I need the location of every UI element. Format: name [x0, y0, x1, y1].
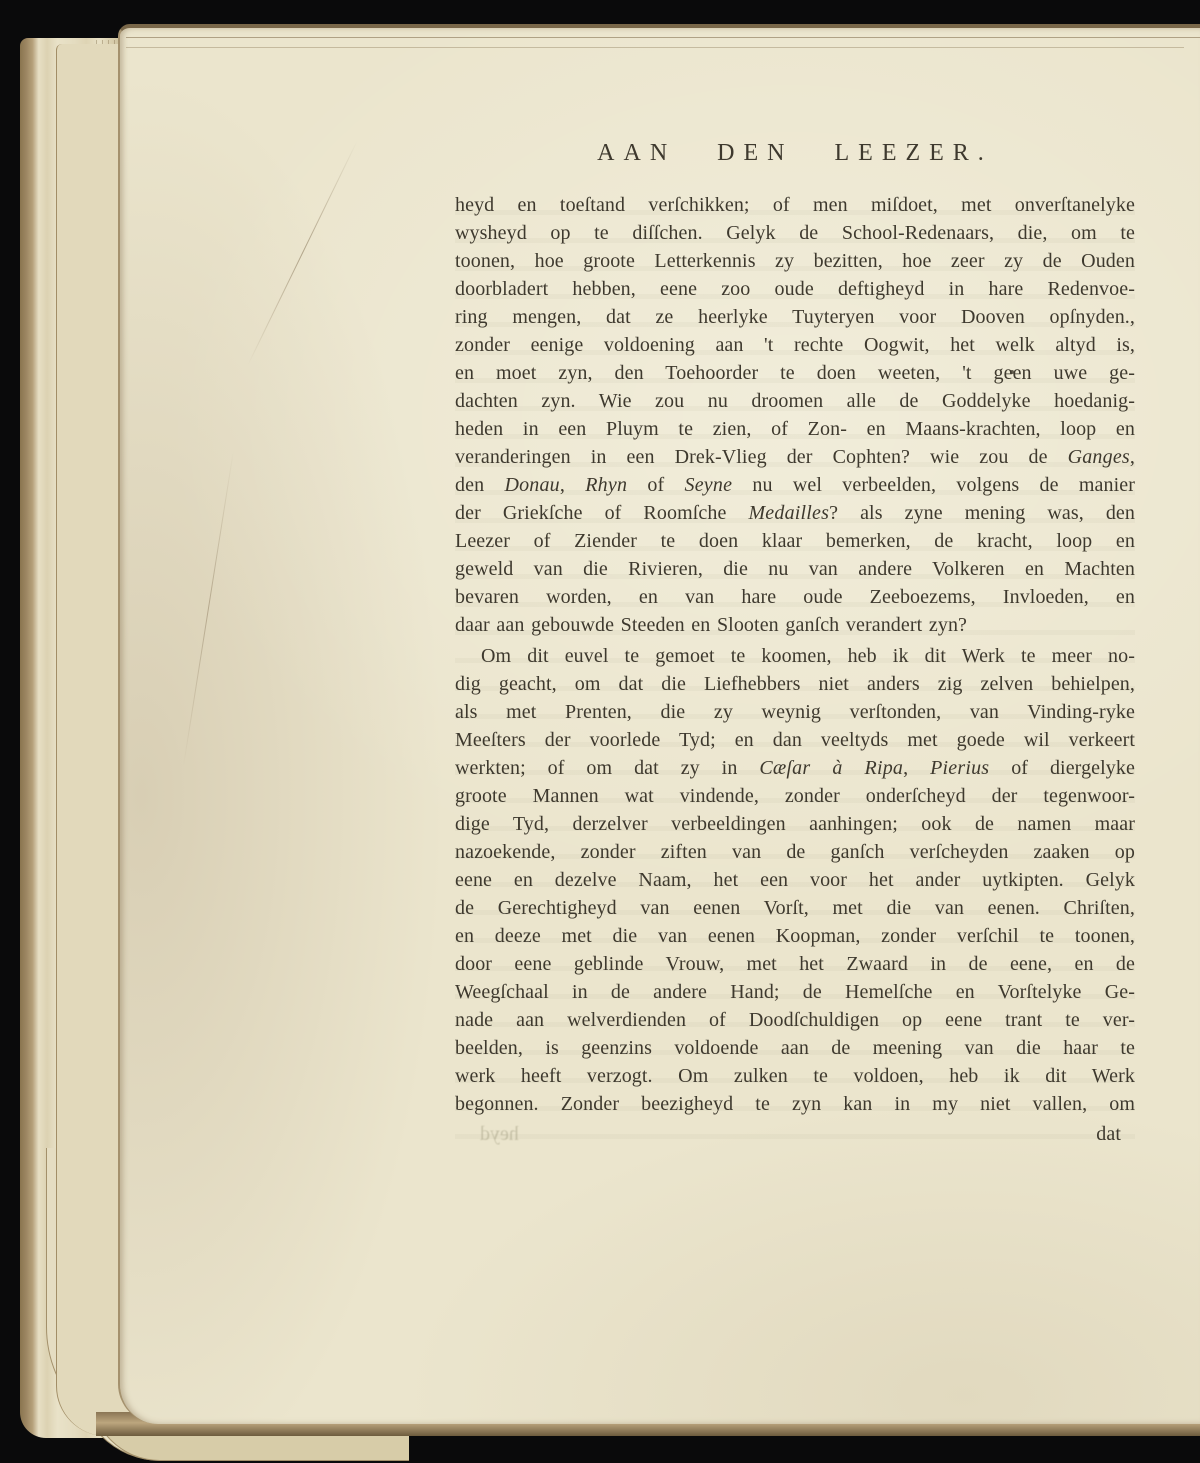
text-segment: , — [560, 474, 585, 496]
text-segment: zonder eenige voldoening aan 't rechte O… — [455, 334, 1135, 356]
text-line: den Donau, Rhyn of Seyne nu wel verbeeld… — [455, 471, 1135, 499]
sheet-edge-line — [126, 47, 1184, 48]
text-line: werk heeft verzogt. Om zulken te voldoen… — [455, 1062, 1135, 1090]
text-line: nazoekende, zonder ziften van de ganſch … — [455, 838, 1135, 866]
italic-text: Medailles — [748, 502, 829, 524]
text-segment: daar aan gebouwde Steeden en Slooten gan… — [455, 614, 967, 636]
text-line: begonnen. Zonder beezigheyd te zyn kan i… — [455, 1090, 1135, 1118]
paragraph: Om dit euvel te gemoet te koomen, heb ik… — [455, 642, 1135, 1118]
text-line: als met Prenten, die zy weynig verſtonde… — [455, 698, 1135, 726]
text-segment: werkten; of om dat zy in — [455, 757, 759, 779]
text-line: zonder eenige voldoening aan 't rechte O… — [455, 331, 1135, 359]
photo-background: heyd AAN DEN LEEZER. heyd en toeſtand ve… — [0, 0, 1200, 1463]
text-line: dachten zyn. Wie zou nu droomen alle de … — [455, 387, 1135, 415]
page-title: AAN DEN LEEZER. — [455, 138, 1135, 168]
text-line: Meeſters der voorlede Tyd; en dan veelty… — [455, 726, 1135, 754]
paper-crease — [247, 140, 357, 365]
text-line: en deeze met die van eenen Koopman, zond… — [455, 922, 1135, 950]
text-segment: nu wel verbeelden, volgens de manier — [732, 474, 1135, 496]
text-segment: Meeſters der voorlede Tyd; en dan veelty… — [455, 729, 1135, 751]
text-line: Weegſchaal in de andere Hand; de Hemelſc… — [455, 978, 1135, 1006]
text-line: bevaren worden, en van hare oude Zeeboez… — [455, 583, 1135, 611]
text-line: dig geacht, om dat die Liefhebbers niet … — [455, 670, 1135, 698]
text-segment: , — [1130, 446, 1135, 468]
text-segment: geweld van die Rivieren, die nu van ande… — [455, 558, 1135, 580]
text-segment: en deeze met die van eenen Koopman, zond… — [455, 925, 1135, 947]
paragraph: heyd en toeſtand verſchikken; of men miſ… — [455, 191, 1135, 639]
text-segment: den — [455, 474, 504, 496]
text-line: Leezer of Ziender te doen klaar bemerken… — [455, 527, 1135, 555]
text-segment: of diergelyke — [989, 757, 1135, 779]
text-segment: en moet zyn, den Toehoorder te doen weet… — [455, 362, 1135, 384]
book-page: heyd AAN DEN LEEZER. heyd en toeſtand ve… — [118, 24, 1200, 1424]
italic-text: Donau — [504, 474, 559, 496]
text-segment: werk heeft verzogt. Om zulken te voldoen… — [455, 1065, 1135, 1087]
text-segment: heden in een Pluym te zien, of Zon- en M… — [455, 418, 1135, 440]
text-segment: Leezer of Ziender te doen klaar bemerken… — [455, 530, 1135, 552]
paper-crease — [183, 450, 234, 766]
text-segment: eene en dezelve Naam, het een voor het a… — [455, 869, 1135, 891]
text-line: nade aan welverdienden of Doodſchuldigen… — [455, 1006, 1135, 1034]
italic-text: Ganges — [1068, 446, 1130, 468]
text-segment: bevaren worden, en van hare oude Zeeboez… — [455, 586, 1135, 608]
text-line: Om dit euvel te gemoet te koomen, heb ik… — [455, 642, 1135, 670]
text-segment: Weegſchaal in de andere Hand; de Hemelſc… — [455, 981, 1135, 1003]
text-segment: of — [627, 474, 684, 496]
text-segment: doorbladert hebben, eene zoo oude deftig… — [455, 278, 1135, 300]
text-line: dige Tyd, derzelver verbeeldingen aanhin… — [455, 810, 1135, 838]
italic-text: Pierius — [930, 757, 989, 779]
text-line: daar aan gebouwde Steeden en Slooten gan… — [455, 611, 1135, 639]
italic-text: Cæſar à Ripa — [759, 757, 903, 779]
text-segment: dachten zyn. Wie zou nu droomen alle de … — [455, 390, 1135, 412]
text-line: doorbladert hebben, eene zoo oude deftig… — [455, 275, 1135, 303]
text-segment: veranderingen in een Drek-Vlieg der Coph… — [455, 446, 1068, 468]
text-segment: wysheyd op te diſſchen. Gelyk de School-… — [455, 222, 1135, 244]
text-segment: begonnen. Zonder beezigheyd te zyn kan i… — [455, 1093, 1135, 1115]
text-segment: groote Mannen wat vindende, zonder onder… — [455, 785, 1135, 807]
text-segment: der Griekſche of Roomſche — [455, 502, 748, 524]
text-line: wysheyd op te diſſchen. Gelyk de School-… — [455, 219, 1135, 247]
text-column: heyd en toeſtand verſchikken; of men miſ… — [455, 191, 1135, 1148]
text-segment: nade aan welverdienden of Doodſchuldigen… — [455, 1009, 1135, 1031]
text-line: veranderingen in een Drek-Vlieg der Coph… — [455, 443, 1135, 471]
text-segment: ? als zyne mening was, den — [829, 502, 1135, 524]
text-line: ring mengen, dat ze heerlyke Tuyteryen v… — [455, 303, 1135, 331]
body-text: heyd en toeſtand verſchikken; of men miſ… — [455, 191, 1135, 1118]
text-line: heyd en toeſtand verſchikken; of men miſ… — [455, 191, 1135, 219]
text-segment: nazoekende, zonder ziften van de ganſch … — [455, 841, 1135, 863]
text-segment: als met Prenten, die zy weynig verſtonde… — [455, 701, 1135, 723]
text-segment: ring mengen, dat ze heerlyke Tuyteryen v… — [455, 306, 1135, 328]
text-line: beelden, is geenzins voldoende aan de me… — [455, 1034, 1135, 1062]
catchword: dat — [455, 1120, 1135, 1148]
text-segment: dig geacht, om dat die Liefhebbers niet … — [455, 673, 1135, 695]
italic-text: Rhyn — [585, 474, 627, 496]
text-segment: Om dit euvel te gemoet te koomen, heb ik… — [481, 645, 1135, 667]
text-segment: , — [903, 757, 930, 779]
text-line: door eene geblinde Vrouw, met het Zwaard… — [455, 950, 1135, 978]
text-segment: de Gerechtigheyd van eenen Vorſt, met di… — [455, 897, 1135, 919]
text-line: groote Mannen wat vindende, zonder onder… — [455, 782, 1135, 810]
text-segment: heyd en toeſtand verſchikken; of men miſ… — [455, 194, 1135, 216]
text-line: en moet zyn, den Toehoorder te doen weet… — [455, 359, 1135, 387]
italic-text: Seyne — [685, 474, 733, 496]
text-segment: toonen, hoe groote Letterkennis zy bezit… — [455, 250, 1135, 272]
text-line: toonen, hoe groote Letterkennis zy bezit… — [455, 247, 1135, 275]
text-line: der Griekſche of Roomſche Medailles? als… — [455, 499, 1135, 527]
text-line: de Gerechtigheyd van eenen Vorſt, met di… — [455, 894, 1135, 922]
text-segment: door eene geblinde Vrouw, met het Zwaard… — [455, 953, 1135, 975]
text-line: geweld van die Rivieren, die nu van ande… — [455, 555, 1135, 583]
text-line: werkten; of om dat zy in Cæſar à Ripa, P… — [455, 754, 1135, 782]
sheet-edge-line — [126, 37, 1200, 38]
text-segment: dige Tyd, derzelver verbeeldingen aanhin… — [455, 813, 1135, 835]
text-segment: beelden, is geenzins voldoende aan de me… — [455, 1037, 1135, 1059]
text-line: eene en dezelve Naam, het een voor het a… — [455, 866, 1135, 894]
text-line: heden in een Pluym te zien, of Zon- en M… — [455, 415, 1135, 443]
